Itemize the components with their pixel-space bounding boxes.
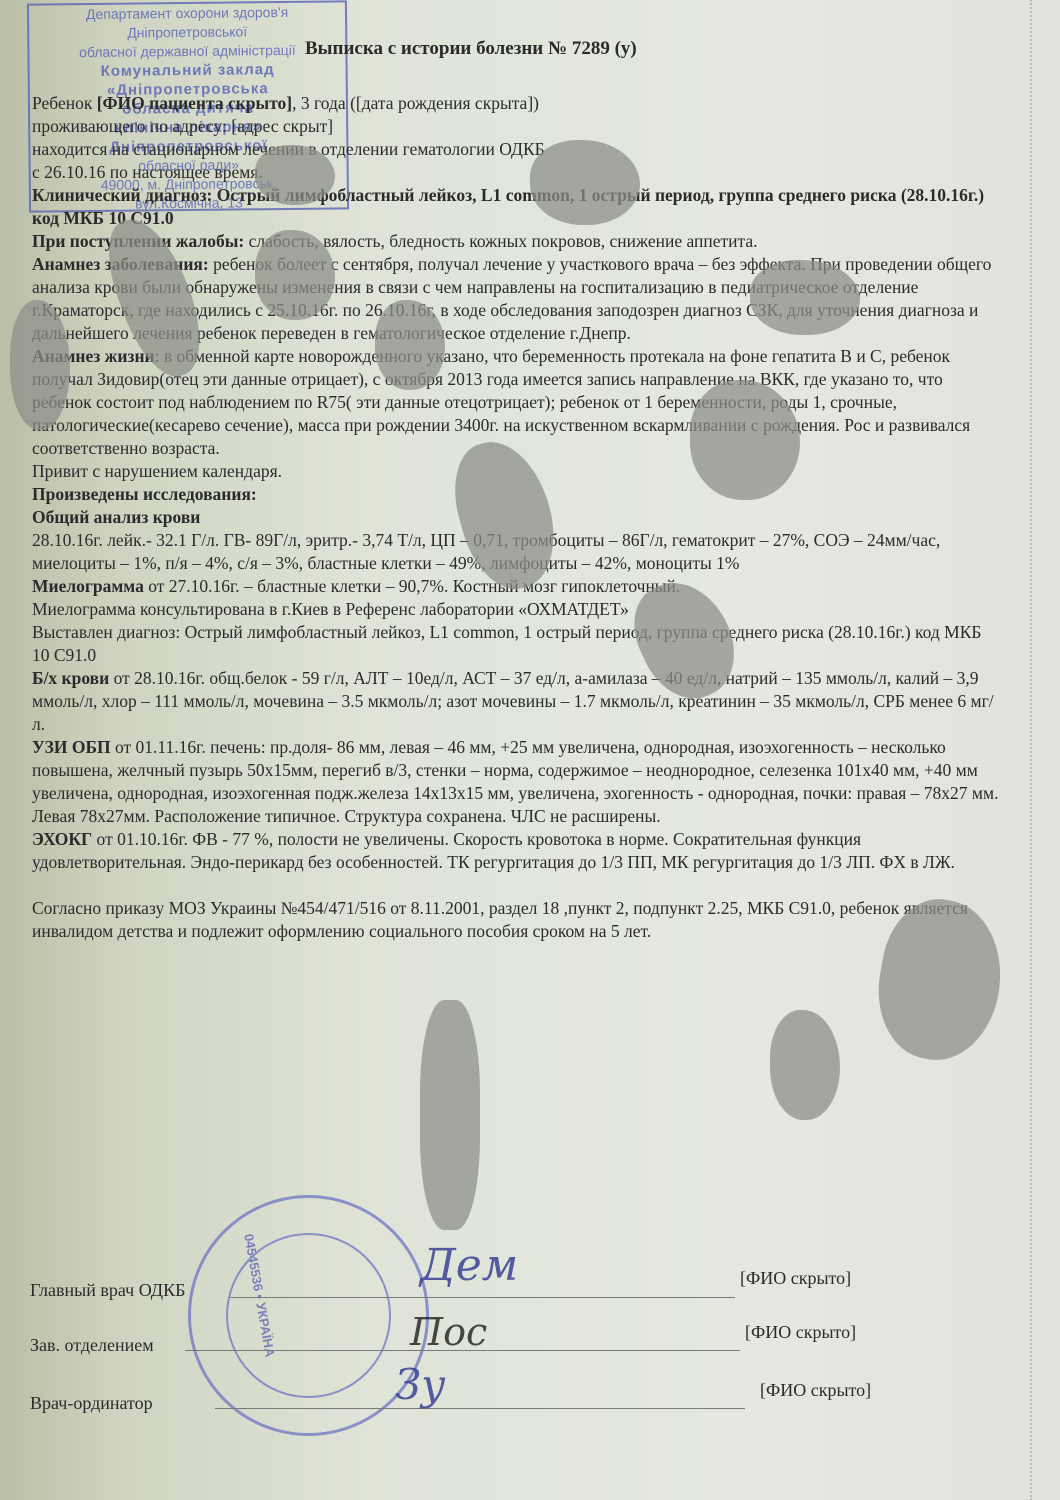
patient-line: Ребенок [ФИО пациента скрыто], 3 года ([… xyxy=(32,92,1002,115)
handwritten-signature: Пос xyxy=(410,1310,487,1354)
watermark-blob xyxy=(750,260,860,335)
signature-name: [ФИО скрыто] xyxy=(760,1380,871,1401)
signature-role: Врач-ординатор xyxy=(30,1393,153,1414)
watermark-blob xyxy=(530,140,640,225)
set-diagnosis: Выставлен диагноз: Острый лимфобластный … xyxy=(32,621,1002,667)
clinical-diagnosis: Клинический диагноз: Острый лимфобластны… xyxy=(32,184,1002,230)
watermark-blob xyxy=(420,1000,480,1230)
signature-role: Зав. отделением xyxy=(30,1335,154,1356)
watermark-blob xyxy=(10,300,70,430)
ultrasound: УЗИ ОБП от 01.11.16г. печень: пр.доля- 8… xyxy=(32,736,1002,828)
watermark-blob xyxy=(255,230,335,320)
myelogram-consult: Миелограмма консультирована в г.Киев в Р… xyxy=(32,598,1002,621)
handwritten-signature: Зу xyxy=(395,1360,446,1409)
document-page: Департамент охорони здоров'я Дніпропетро… xyxy=(0,0,1060,1500)
biochemistry: Б/х крови от 28.10.16г. общ.белок - 59 г… xyxy=(32,667,1002,736)
signature-name: [ФИО скрыто] xyxy=(740,1268,851,1289)
signature-name: [ФИО скрыто] xyxy=(745,1322,856,1343)
official-round-stamp: 04545536 • УКРАЇНА xyxy=(188,1195,429,1436)
conclusion: Согласно приказу МОЗ Украины №454/471/51… xyxy=(32,897,1002,943)
document-title: Выписка с истории болезни № 7289 (у) xyxy=(305,38,637,60)
signature-line xyxy=(230,1297,735,1298)
watermark-blob xyxy=(690,380,800,500)
signature-line xyxy=(215,1408,745,1409)
stay-dates: с 26.10.16 по настоящее время. xyxy=(32,161,1002,184)
stay-line: находится на стационарном лечении в отде… xyxy=(32,138,1002,161)
address-line: проживающего по адресу: [адрес скрыт] xyxy=(32,115,1002,138)
perforation-line xyxy=(1030,0,1032,1500)
patient-name: [ФИО пациента скрыто] xyxy=(97,93,292,113)
echocardiogram: ЭХОКГ от 01.10.16г. ФВ - 77 %, полости н… xyxy=(32,828,1002,874)
watermark-blob xyxy=(770,1010,840,1120)
handwritten-signature: Дем xyxy=(420,1240,518,1291)
complaints: При поступлении жалобы: слабость, вялост… xyxy=(32,230,1002,253)
signature-role: Главный врач ОДКБ xyxy=(30,1280,185,1301)
watermark-blob xyxy=(375,300,445,390)
watermark-blob xyxy=(255,145,335,205)
